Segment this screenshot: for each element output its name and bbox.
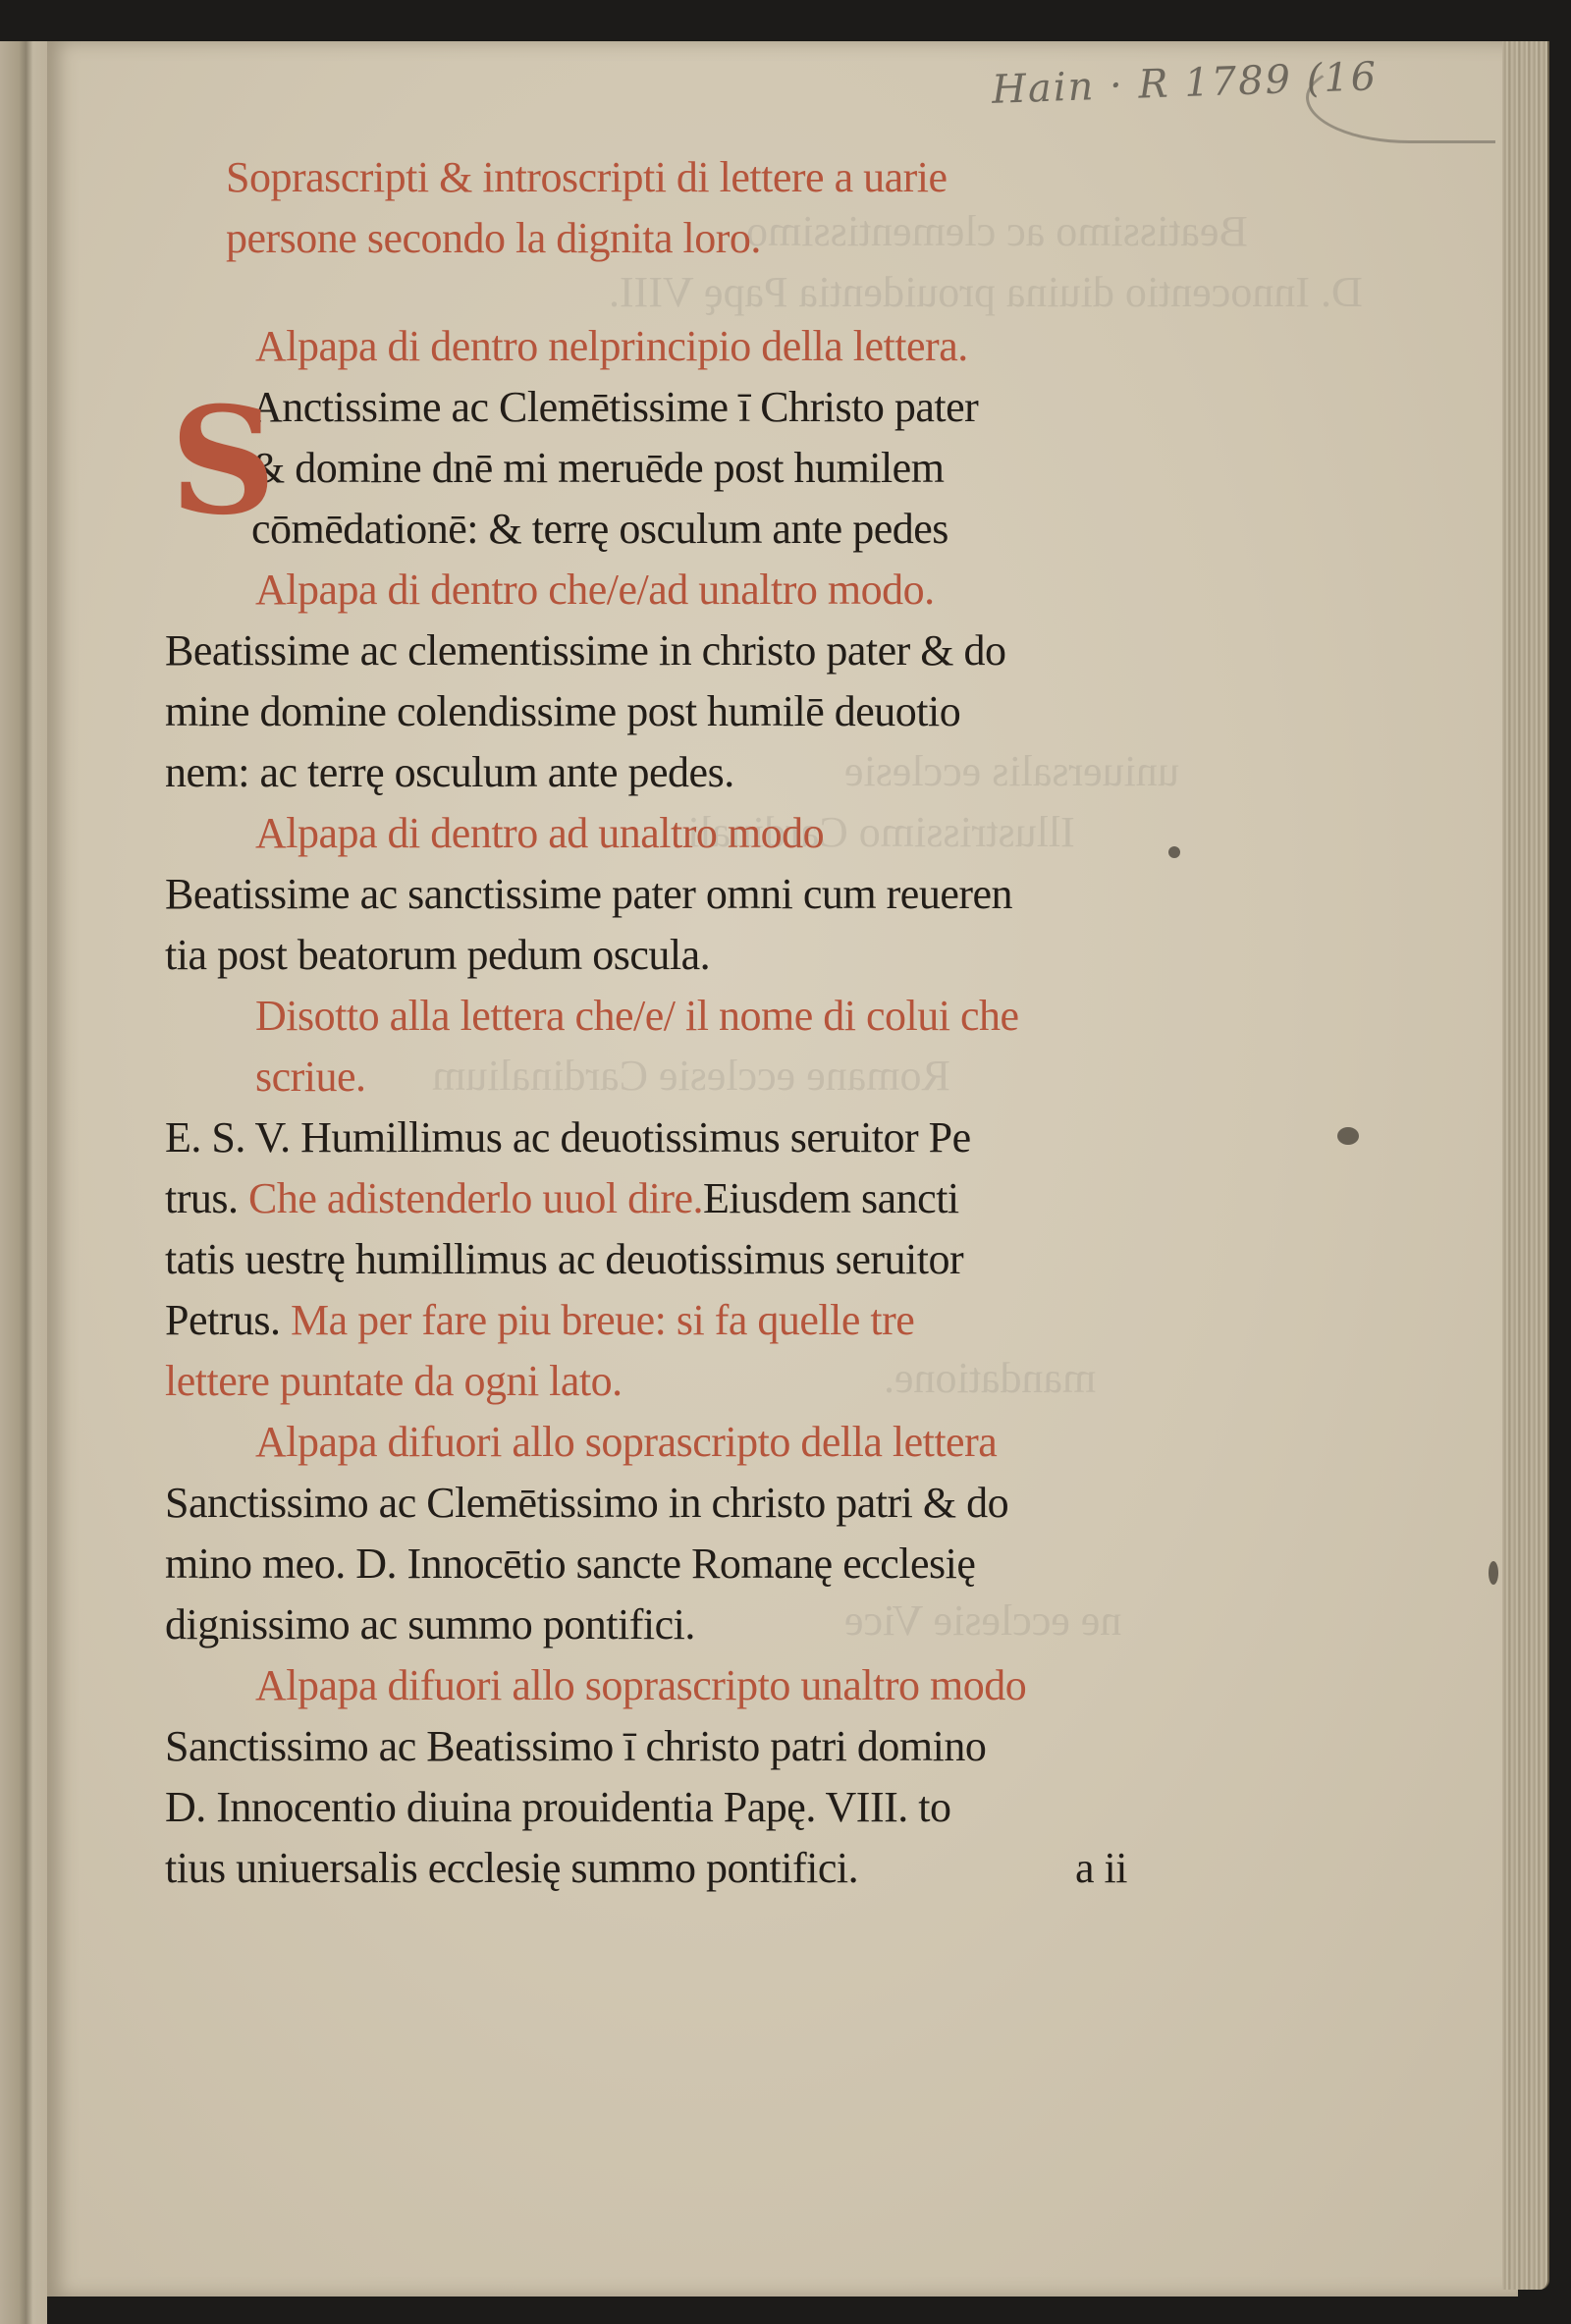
body-line: Anctissime ac Clemētissime ī Christo pat… [251, 377, 1147, 438]
body-line: Sanctissimo ac Beatissimo ī christo patr… [165, 1716, 1147, 1777]
rubric-inline: Ma per fare piu breue: si fa quelle tre [291, 1296, 914, 1344]
body-line: Beatissime ac clementissime in christo p… [165, 621, 1147, 681]
letter-form-section: Alpapa difuori allo soprascripto unaltro… [165, 1655, 1147, 1899]
rubric-heading: Disotto alla lettera che/e/ il nome di c… [165, 986, 1147, 1047]
body-line: dignissimo ac summo pontifici. [165, 1594, 1147, 1655]
letter-form-section: Disotto alla lettera che/e/ il nome di c… [165, 986, 1147, 1412]
rubric-heading: Alpapa di dentro ad unaltro modo [165, 803, 1147, 864]
ink-blot [1489, 1561, 1498, 1585]
body-line: & domine dnē mi meruēde post humilem [251, 438, 1147, 499]
body-line: tius uniuersalis ecclesię summo pontific… [165, 1838, 1147, 1899]
page-fore-edge [1502, 41, 1549, 2290]
signature-mark: a ii [1075, 1838, 1127, 1899]
body-line: tatis uestrę humillimus ac deuotissimus … [165, 1229, 1147, 1290]
letter-form-section: Alpapa di dentro che/e/ad unaltro modo. … [165, 560, 1147, 803]
title-line: persone secondo la dignita loro. [165, 208, 1147, 269]
rubric-heading: scriue. [165, 1047, 1147, 1108]
body-line: mine domine colendissime post humilē deu… [165, 681, 1147, 742]
body-line: Sanctissimo ac Clemētissimo in christo p… [165, 1473, 1147, 1534]
rubric-inline: Che adistenderlo uuol dire. [248, 1174, 703, 1222]
adjacent-page-edge [0, 41, 47, 2324]
body-line: trus. Che adistenderlo uuol dire.Eiusdem… [165, 1168, 1147, 1229]
printed-text-block: Soprascripti & introscripti di lettere a… [165, 147, 1147, 1899]
body-line: D. Innocentio diuina prouidentia Papę. V… [165, 1777, 1147, 1838]
body-line: Beatissime ac sanctissime pater omni cum… [165, 864, 1147, 925]
body-line: E. S. V. Humillimus ac deuotissimus seru… [165, 1108, 1147, 1168]
page-title: Soprascripti & introscripti di lettere a… [165, 147, 1147, 269]
body-line: nem: ac terrę osculum ante pedes. [165, 742, 1147, 803]
body-line: tia post beatorum pedum oscula. [165, 925, 1147, 986]
rubric-heading: Alpapa difuori allo soprascripto unaltro… [165, 1655, 1147, 1716]
letter-form-section: Alpapa di dentro ad unaltro modo Beatiss… [165, 803, 1147, 986]
letter-form-section: Alpapa difuori allo soprascripto della l… [165, 1412, 1147, 1655]
title-line: Soprascripti & introscripti di lettere a… [165, 147, 1147, 208]
body-line: Petrus. Ma per fare piu breue: si fa que… [165, 1290, 1147, 1351]
rubric-heading: Alpapa difuori allo soprascripto della l… [165, 1412, 1147, 1473]
rubric-heading: Alpapa di dentro nelprincipio della lett… [165, 316, 1147, 377]
rubric-line: lettere puntate da ogni lato. [165, 1351, 1147, 1412]
ink-blot [1337, 1127, 1359, 1145]
body-line: cōmēdationē: & terrę osculum ante pedes [251, 499, 1147, 560]
drop-cap-initial: S [170, 383, 276, 540]
ink-blot [1168, 846, 1180, 858]
rubric-heading: Alpapa di dentro che/e/ad unaltro modo. [165, 560, 1147, 621]
body-line: mino meo. D. Innocētio sancte Romanę ecc… [165, 1534, 1147, 1594]
letter-form-section: Alpapa di dentro nelprincipio della lett… [165, 316, 1147, 560]
